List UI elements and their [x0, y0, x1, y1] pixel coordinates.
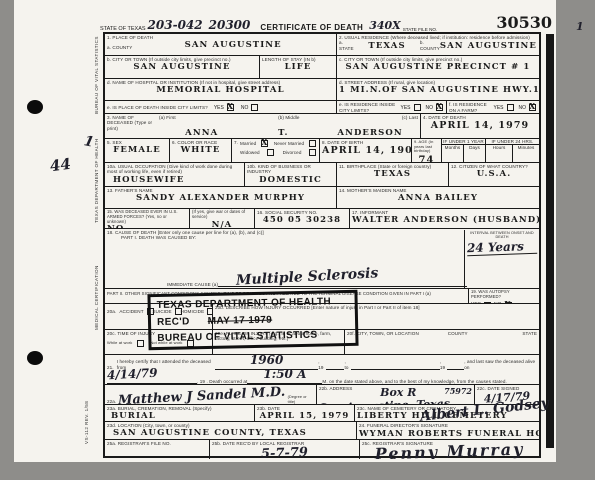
age-value: 74 — [414, 155, 439, 162]
last-seen-date-handwritten: 4/14/79 — [107, 366, 158, 383]
row-occupation: 10a. USUAL OCCUPATION (Give kind of work… — [105, 163, 539, 187]
received-stamp: TEXAS DEPARTMENT OF HEALTH REC'D MAY 17 … — [147, 290, 358, 350]
field-date-of-birth: 8. DATE OF BIRTH APRIL 14, 1905 — [320, 139, 412, 162]
name-of-deceased-label: 3. NAME OF DECEASED (Type or print) — [107, 115, 159, 138]
registrar-file-no-label: 25a. REGISTRAR'S FILE NO. — [107, 441, 207, 446]
hole-punch-top — [27, 100, 43, 114]
first-name-label: (a) First — [159, 115, 176, 120]
field-ssn: 16. SOCIAL SECURITY NO. 450 05 30238 — [255, 209, 350, 228]
residence-state-label: a. STATE — [339, 40, 354, 51]
residence-county-label: b. COUNTY — [420, 40, 440, 51]
row-funeral-director: 23d. LOCATION (City, town, or county) SA… — [105, 422, 539, 440]
divorced-label: Divorced — [283, 150, 302, 155]
residence-on-farm-label: f. IS RESIDENCE ON A FARM? — [449, 102, 489, 113]
burial-location-value: SAN AUGUSTINE COUNTY, TEXAS — [113, 429, 354, 438]
row-parents: 13. FATHER'S NAME SANDY ALEXANDER MURPHY… — [105, 187, 539, 209]
injury-state-label: STATE — [489, 330, 539, 354]
part1-label: PART I. DEATH WAS CAUSED BY: — [121, 235, 464, 240]
interval-handwritten: 24 Years — [467, 239, 537, 256]
stamp-line-3: BUREAU OF VITAL STATISTICS — [157, 329, 349, 344]
autopsy-yes-checkbox — [484, 302, 491, 303]
row-city: b. CITY OR TOWN (If outside city limits,… — [105, 56, 539, 79]
field-length-of-stay: LENGTH OF STAY (IN b) LIFE — [260, 56, 337, 78]
field-burial-location: 23d. LOCATION (City, town, or county) SA… — [105, 422, 357, 439]
burial-type-value: BURIAL — [111, 412, 252, 421]
field-burial-type: 23a. BURIAL, CREMATION, REMOVAL (Specify… — [105, 405, 255, 421]
page-title: CERTIFICATE OF DEATH — [260, 23, 363, 32]
death-certificate-scan: { "colors": {"paper":"#f5f3ee","ink":"#1… — [0, 0, 595, 480]
divorced-checkbox — [309, 149, 316, 156]
field-occupation: 10a. USUAL OCCUPATION (Give kind of work… — [105, 163, 245, 186]
yes-label: YES — [214, 105, 224, 111]
field-burial-date: 23b. DATE APRIL 15, 1979 — [255, 405, 355, 421]
field-hospital: d. NAME OF HOSPITAL OR INSTITUTION (If n… — [105, 79, 337, 100]
certificate-form: 1. PLACE OF DEATH a. COUNTY SAN AUGUSTIN… — [103, 32, 541, 458]
occupation-value: HOUSEWIFE — [113, 176, 242, 185]
field-residence-city: c. CITY OR TOWN (If outside city limits,… — [337, 56, 539, 78]
field-funeral-director: 24. FUNERAL DIRECTOR'S SIGNATURE WYMAN R… — [357, 422, 539, 439]
armed-forces-value: NO — [107, 225, 187, 228]
handwritten-file-code: 340X — [369, 19, 401, 32]
father-value: SANDY ALEXANDER MURPHY — [107, 194, 334, 203]
field-city-of-death: b. CITY OR TOWN (If outside city limits,… — [105, 56, 260, 78]
stamp-date: MAY 17 1979 — [208, 314, 273, 326]
field-residence-inside-city: e. IS RESIDENCE INSIDE CITY LIMITS? YES … — [337, 101, 447, 113]
while-at-work-label: While at work — [107, 341, 132, 346]
first-name-value: ANNA — [159, 129, 244, 138]
field-registrar-file-no: 25a. REGISTRAR'S FILE NO. — [105, 440, 210, 459]
field-if-under-1-year: IF UNDER 1 YEAR Months Days — [442, 139, 486, 162]
field-physician-address: 22b. ADDRESS Box R 75972 San Augustine, … — [317, 385, 475, 404]
field-citizen: 12. CITIZEN OF WHAT COUNTRY? U.S.A. — [449, 163, 539, 186]
field-informant: 17. INFORMANT WALTER ANDERSON (HUSBAND) — [350, 209, 539, 228]
field-street-address: d. STREET ADDRESS (If rural, give locati… — [337, 79, 539, 100]
days-label: Days — [464, 145, 485, 162]
farm-yes-checkbox — [507, 104, 514, 111]
armed-forces-label: 15. WAS DECEASED EVER IN U.S. ARMED FORC… — [107, 210, 187, 224]
vertical-label-medical: MEDICAL CERTIFICATION — [94, 248, 99, 348]
middle-name-label: (b) Middle — [278, 115, 299, 120]
length-of-stay-value: LIFE — [262, 63, 334, 72]
field-death-inside-city: e. IS PLACE OF DEATH INSIDE CITY LIMITS?… — [105, 101, 337, 113]
field-marital-status: 7. MarriedX Never Married Widowed Divorc… — [232, 139, 320, 162]
never-married-label: Never Married — [274, 141, 304, 146]
row-name: 3. NAME OF DECEASED (Type or print) (a) … — [105, 114, 539, 139]
field-autopsy: 19. WAS AUTOPSY PERFORMED? YES NOX — [469, 289, 539, 303]
county-of-death-value: SAN AUGUSTINE — [132, 41, 334, 50]
field-armed-forces: 15. WAS DECEASED EVER IN U.S. ARMED FORC… — [105, 209, 255, 228]
scan-edge-shadow — [546, 34, 554, 448]
certificate-number: 30530 — [496, 13, 552, 32]
race-value: WHITE — [172, 146, 229, 155]
field-residence-on-farm: f. IS RESIDENCE ON A FARM? YES NOX — [447, 101, 539, 113]
county-label: a. COUNTY — [107, 45, 132, 50]
row-registrar: 25a. REGISTRAR'S FILE NO. 25b. DATE REC'… — [105, 440, 539, 459]
field-certification: 21. I hereby certify that I attended the… — [105, 355, 539, 384]
residence-inside-city-label: e. IS RESIDENCE INSIDE CITY LIMITS? — [339, 102, 396, 113]
no-label: NO — [241, 105, 249, 111]
time-of-death-handwritten: 1:50 A — [263, 367, 306, 381]
address-line1-handwritten: Box R — [380, 386, 416, 399]
informant-value: WALTER ANDERSON (HUSBAND) — [352, 216, 537, 225]
address-label: 22b. ADDRESS — [319, 386, 352, 399]
ssn-value: 450 05 30238 — [257, 216, 347, 225]
occupation-label: 10a. USUAL OCCUPATION (Give kind of work… — [107, 164, 242, 175]
signature-label: 22a. — [107, 399, 116, 404]
field-date-of-death: 4. DATE OF DEATH APRIL 14, 1979 — [421, 114, 539, 138]
row-service-ssn: 15. WAS DECEASED EVER IN U.S. ARMED FORC… — [105, 209, 539, 229]
hours-label: Hours — [486, 145, 513, 162]
field-date-received: 25b. DATE REC'D BY LOCAL REGISTRAR 5-7-7… — [210, 440, 360, 459]
immediate-cause-handwritten: Multiple Sclerosis — [236, 265, 379, 288]
industry-value: DOMESTIC — [247, 176, 334, 185]
field-industry: 10b. KIND OF BUSINESS OR INDUSTRY DOMEST… — [245, 163, 337, 186]
age-label: 9. AGE (In years last birthday) — [414, 140, 439, 154]
city-of-death-value: SAN AUGUSTINE — [107, 63, 257, 72]
funeral-home-value: WYMAN ROBERTS FUNERAL HOME — [359, 430, 539, 439]
citizen-value: U.S.A. — [451, 170, 537, 179]
field-if-under-24-hrs: IF UNDER 24 HRS. Hours Minutes — [486, 139, 539, 162]
last-name-value: ANDERSON — [322, 129, 418, 138]
row-city-limits: e. IS PLACE OF DEATH INSIDE CITY LIMITS?… — [105, 101, 539, 114]
field-name-of-deceased: 3. NAME OF DECEASED (Type or print) (a) … — [105, 114, 421, 138]
vertical-label-department: TEXAS DEPARTMENT OF HEALTH — [94, 122, 99, 240]
field-injury-location: 20f. CITY, TOWN, OR LOCATION COUNTY STAT… — [345, 330, 539, 354]
field-cause-of-death: 18. CAUSE OF DEATH [Enter only one cause… — [105, 229, 539, 288]
row-cause-of-death: 18. CAUSE OF DEATH [Enter only one cause… — [105, 229, 539, 289]
marital-label: 7. — [234, 140, 238, 156]
row-place-residence: 1. PLACE OF DEATH a. COUNTY SAN AUGUSTIN… — [105, 34, 539, 56]
death-city-no-checkbox — [251, 104, 258, 111]
last-name-label: (c) Last — [402, 115, 418, 120]
certificate-header: STATE OF TEXAS 203-042 20300 CERTIFICATE… — [100, 14, 552, 32]
field-age: 9. AGE (In years last birthday) 74 — [412, 139, 442, 162]
mother-value: ANNA BAILEY — [339, 194, 537, 203]
item-20a-label: 20a. — [107, 309, 116, 314]
street-address-value: 1 MI.N.OF SAN AUGUSTINE HWY.147 — [339, 86, 537, 95]
field-usual-residence: 2. USUAL RESIDENCE (Where deceased lived… — [337, 34, 539, 55]
burial-date-value: APRIL 15, 1979 — [257, 412, 352, 421]
armed-forces-service-label: (If yes, give war or dates of service) — [192, 210, 252, 220]
degree-label: (Degree or title) — [288, 395, 314, 404]
stamp-recd-label: REC'D — [157, 316, 190, 328]
date-of-death-value: APRIL 14, 1979 — [423, 121, 537, 131]
armed-forces-service-value: N/A — [192, 221, 252, 228]
field-physician-signature: 22a. Matthew J Sandel M.D. (Degree or ti… — [105, 385, 317, 404]
field-place-of-death: 1. PLACE OF DEATH a. COUNTY SAN AUGUSTIN… — [105, 34, 337, 55]
handwritten-local-number-2: 20300 — [209, 18, 251, 32]
row-hospital: d. NAME OF HOSPITAL OR INSTITUTION (If n… — [105, 79, 539, 101]
at-work-checkbox — [137, 340, 144, 347]
widowed-label: Widowed — [240, 150, 260, 155]
vertical-label-bureau: BUREAU OF VITAL STATISTICS — [94, 36, 99, 114]
corner-handwritten-mark: 1 — [576, 20, 584, 33]
middle-name-value: T. — [244, 129, 322, 138]
field-sex: 5. SEX FEMALE — [105, 139, 170, 162]
birthplace-value: TEXAS — [339, 170, 446, 179]
field-mother: 14. MOTHER'S MAIDEN NAME ANNA BAILEY — [337, 187, 539, 208]
form-code: VS-112 REV. 1/58 — [84, 392, 89, 452]
row-demographics: 5. SEX FEMALE 6. COLOR OR RACE WHITE 7. … — [105, 139, 539, 163]
hospital-value: MEMORIAL HOSPITAL — [107, 86, 334, 95]
injury-county-label: COUNTY — [427, 330, 489, 354]
industry-label: 10b. KIND OF BUSINESS OR INDUSTRY — [247, 164, 334, 175]
accident-label: ACCIDENT — [119, 309, 143, 314]
minutes-label: Minutes — [513, 145, 539, 162]
residence-city-value: SAN AUGUSTINE PRECINCT # 1 — [339, 63, 537, 72]
row-certification: 21. I hereby certify that I attended the… — [105, 355, 539, 385]
residence-city-yes-checkbox — [414, 104, 421, 111]
field-birthplace: 11. BIRTHPLACE (State or foreign country… — [337, 163, 449, 186]
immediate-cause-label: IMMEDIATE CAUSE (a) — [167, 282, 218, 287]
physician-signature-handwritten: Matthew J Sandel M.D. — [118, 385, 286, 404]
sex-value: FEMALE — [107, 146, 167, 155]
handwritten-local-number: 203-042 — [148, 18, 203, 32]
field-father: 13. FATHER'S NAME SANDY ALEXANDER MURPHY — [105, 187, 337, 208]
stamp-line-1: TEXAS DEPARTMENT OF HEALTH — [157, 296, 349, 311]
field-race: 6. COLOR OR RACE WHITE — [170, 139, 232, 162]
field-registrar-signature: 25c. REGISTRAR'S SIGNATURE Penny Murray — [360, 440, 539, 459]
widowed-checkbox — [267, 149, 274, 156]
death-inside-city-label: e. IS PLACE OF DEATH INSIDE CITY LIMITS? — [107, 105, 208, 110]
residence-state-value: TEXAS — [354, 42, 420, 51]
residence-county-value: SAN AUGUSTINE — [440, 42, 537, 51]
margin-handwritten-44: 44 — [49, 155, 72, 176]
hole-punch-bottom — [27, 351, 43, 365]
married-label: Married — [240, 141, 256, 146]
never-married-checkbox — [309, 140, 316, 147]
months-label: Months — [442, 145, 464, 162]
date-of-birth-value: APRIL 14, 1905 — [322, 146, 409, 156]
